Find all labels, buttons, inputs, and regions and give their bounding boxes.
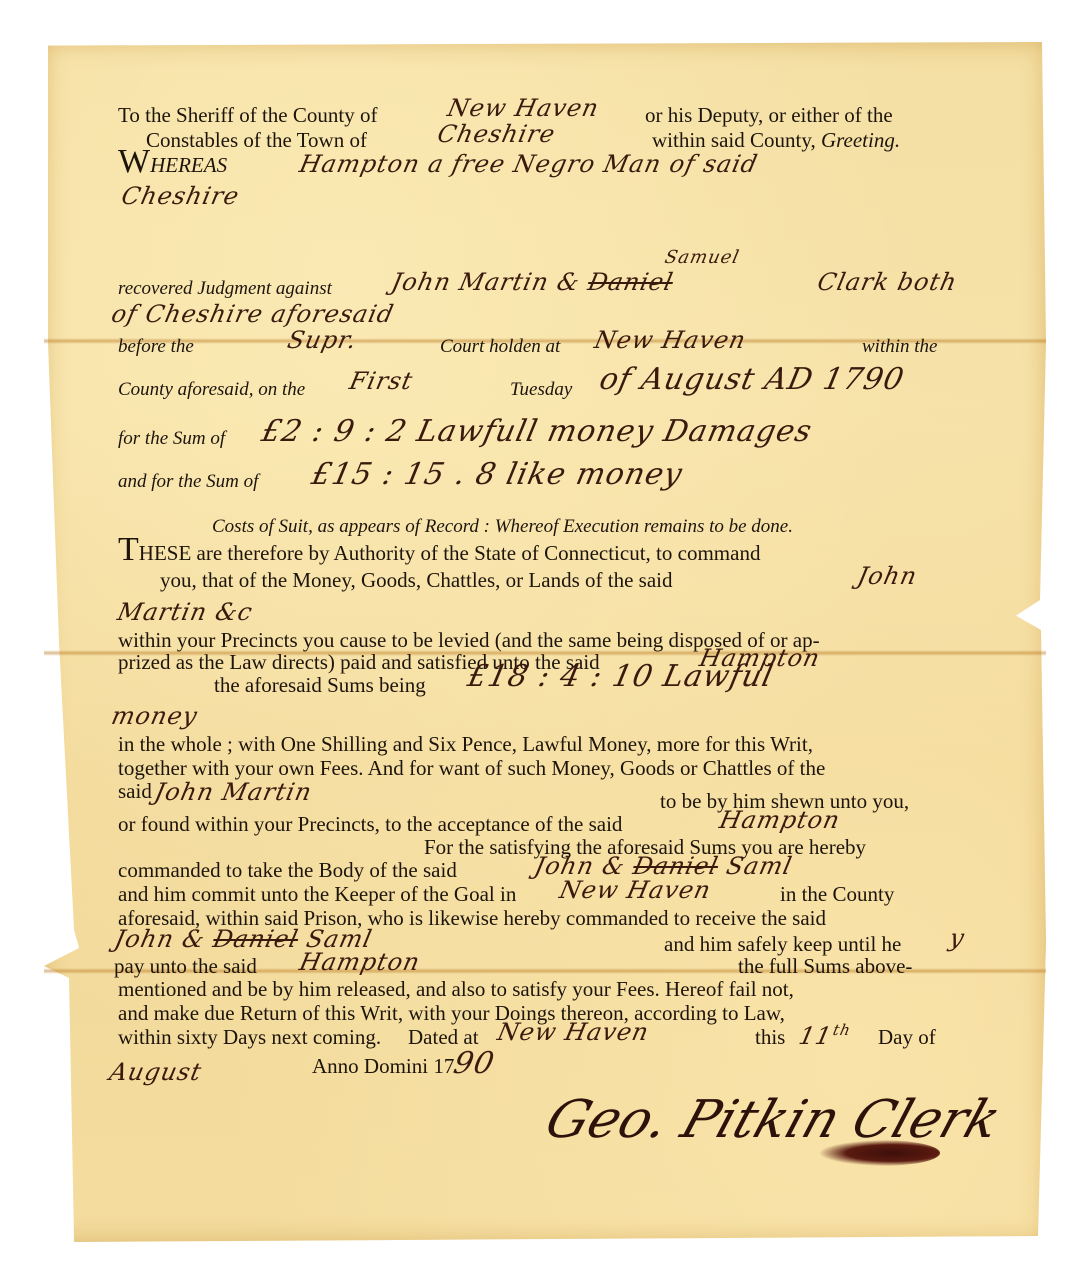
printed-line: and him commit unto the Keeper of the Go… (118, 882, 516, 906)
handwritten-town: Cheshire (435, 120, 558, 148)
handwritten-gaol-place: New Haven (557, 876, 714, 904)
ink-flourish (820, 1140, 940, 1166)
printed-line: and for the Sum of (118, 470, 258, 494)
text: Anno Domini 17 (312, 1054, 454, 1078)
text: John Martin & (389, 268, 583, 296)
struck-text: Daniel (585, 268, 676, 296)
handwritten-defendants: Clark both (815, 268, 960, 296)
printed-line: Constables of the Town of (146, 128, 367, 152)
handwritten-sum-damages: £2 : 9 : 2 Lawfull money Damages (259, 418, 815, 446)
struck-text: Daniel (211, 925, 302, 953)
printed-line: in the County (780, 882, 894, 906)
handwritten-court: Supr. (285, 326, 360, 354)
printed-line: Court holden at (440, 335, 560, 359)
handwritten-plaintiff-town: Cheshire (119, 182, 242, 210)
handwritten-debtor: John (855, 562, 920, 590)
text: HEREAS (150, 153, 227, 177)
text: Saml (724, 852, 795, 880)
printed-line: within said County, Greeting. (652, 128, 900, 152)
handwritten-date: of August AD 1790 (597, 366, 907, 394)
handwritten-day: 11th (796, 1016, 853, 1050)
handwritten-sum-costs: £15 : 15 . 8 like money (309, 461, 685, 489)
handwritten-insert: Samuel (662, 244, 742, 272)
printed-line: said (118, 779, 152, 803)
printed-line: commanded to take the Body of the said (118, 858, 457, 882)
printed-line: for the Sum of (118, 427, 225, 451)
handwritten-court-place: New Haven (592, 326, 749, 354)
handwritten-debtor: John Martin (152, 778, 315, 806)
printed-line: before the (118, 335, 194, 359)
printed-line: within sixty Days next coming. (118, 1025, 381, 1049)
printed-line: the aforesaid Sums being (214, 673, 426, 697)
printed-line: Costs of Suit, as appears of Record : Wh… (212, 515, 793, 539)
text: within said County, (652, 128, 816, 152)
printed-line: To the Sheriff of the County of (118, 103, 377, 127)
printed-line: recovered Judgment against (118, 277, 332, 301)
printed-line: Day of (878, 1025, 936, 1049)
text: John & (112, 925, 208, 953)
handwritten-defendants: John Martin & Daniel (389, 268, 676, 296)
printed-line: County aforesaid, on the (118, 378, 305, 402)
printed-line: this (755, 1025, 785, 1049)
printed-line: and him safely keep until he (664, 932, 901, 956)
handwritten-month: August (107, 1058, 205, 1086)
text: HESE are therefore by Authority of the S… (139, 541, 761, 565)
handwritten-dated-place: New Haven (495, 1018, 652, 1046)
printed-line: Anno Domini 1790 (312, 1050, 495, 1078)
handwritten-total: £18 : 4 : 10 Lawful (465, 663, 776, 691)
printed-line: or found within your Precincts, to the a… (118, 812, 622, 836)
handwritten-defendants-town: of Cheshire aforesaid (109, 300, 397, 328)
printed-line: pay unto the said (114, 954, 257, 978)
printed-line: and make due Return of this Writ, with y… (118, 1001, 785, 1025)
printed-line: together with your own Fees. And for wan… (118, 756, 825, 780)
printed-line: WHEREAS (118, 150, 227, 177)
printed-line: THESE are therefore by Authority of the … (118, 538, 760, 565)
printed-line: the full Sums above- (738, 954, 912, 978)
greeting: Greeting. (821, 128, 900, 152)
printed-line: in the whole ; with One Shilling and Six… (118, 732, 813, 756)
handwritten-county: New Haven (445, 94, 602, 122)
drop-cap: T (118, 531, 139, 568)
handwritten-debtor: Martin &c (115, 598, 256, 626)
clerk-signature: Geo. Pitkin Clerk (538, 1090, 1007, 1150)
handwritten-year: 90 (451, 1050, 497, 1078)
handwritten-payee: Hampton (297, 948, 423, 976)
printed-line: within the (862, 335, 937, 359)
printed-line: Tuesday (510, 378, 572, 402)
text: To the Sheriff of the County of (118, 103, 377, 127)
handwritten-plaintiff: Hampton a free Negro Man of said (297, 150, 761, 178)
printed-line: mentioned and be by him released, and al… (118, 977, 794, 1001)
printed-line: or his Deputy, or either of the (645, 103, 893, 127)
handwritten-payee: Hampton (717, 806, 843, 834)
handwritten-total-cont: money (109, 702, 200, 730)
text: 11 (796, 1022, 834, 1050)
drop-cap: W (118, 143, 150, 180)
handwritten-ordinal: First (347, 367, 416, 395)
printed-line: you, that of the Money, Goods, Chattles,… (160, 568, 672, 592)
